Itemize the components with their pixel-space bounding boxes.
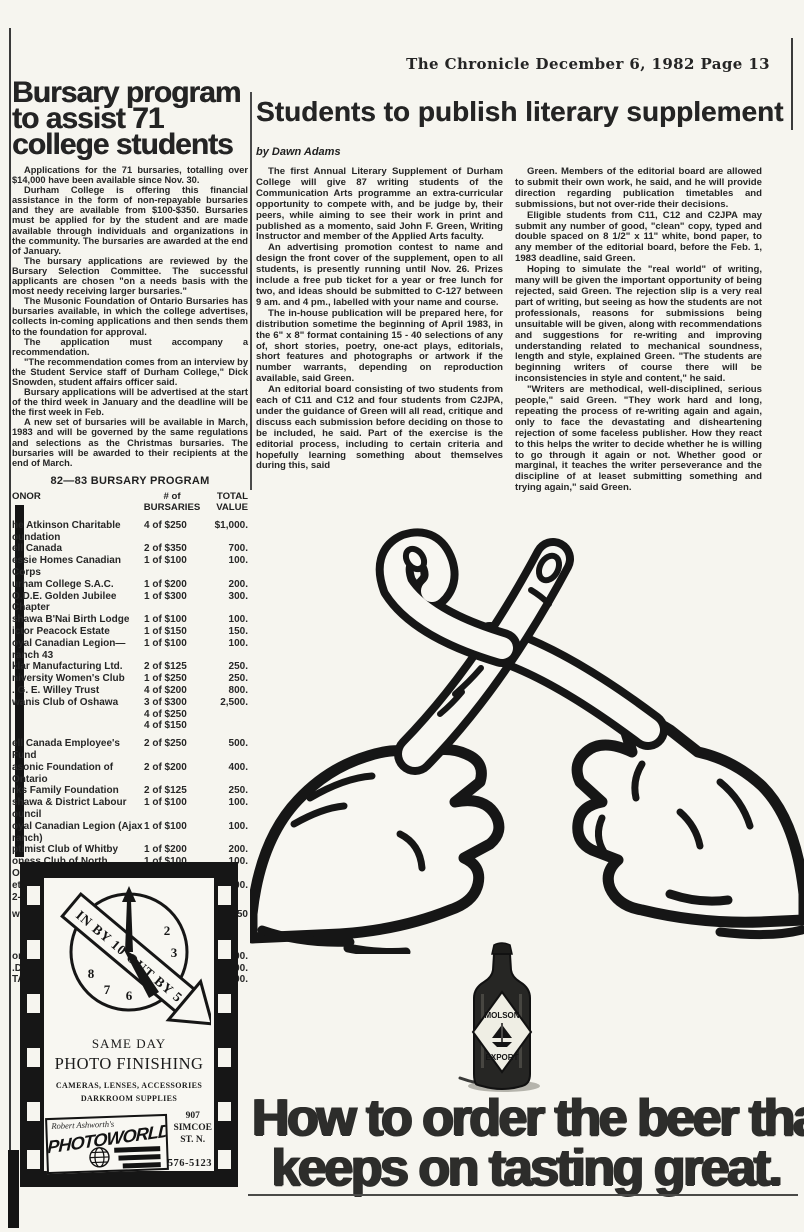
table-row: . G. E. Willey Trust4 of $200800. <box>12 685 248 697</box>
scan-edge-line <box>9 28 11 1156</box>
value-cell: 100. <box>206 821 248 845</box>
value-cell: 100. <box>206 614 248 626</box>
molson-export-bottle: MOLSON EXPORT <box>452 936 552 1096</box>
value-cell: 150. <box>206 626 248 638</box>
paragraph: The Musonic Foundation of Ontario Bursar… <box>12 296 248 336</box>
masthead: The Chronicle December 6, 1982 Page 13 <box>406 55 770 73</box>
bursaries-cell: 3 of $300 4 of $250 4 of $150 <box>144 697 206 732</box>
photoworld-logo-area: Robert Ashworth's PHOTOWORLD <box>44 1108 214 1171</box>
bursaries-cell: 2 of $125 <box>144 661 206 673</box>
value-cell: 400. <box>206 762 248 786</box>
bursaries-cell: 1 of $100 <box>144 614 206 626</box>
value-cell: 100. <box>206 555 248 579</box>
donor-cell: . G. E. Willey Trust <box>12 685 144 697</box>
value-cell: 300. <box>206 591 248 615</box>
bursaries-cell: 2 of $250 <box>144 738 206 762</box>
bursary-table-title: 82—83 BURSARY PROGRAM <box>12 475 248 487</box>
donor-cell: ptimist Club of Whitby <box>12 844 144 856</box>
table-header: ONOR # of BURSARIES TOTAL VALUE <box>12 491 248 513</box>
donor-cell: rks Family Foundation <box>12 785 144 797</box>
paragraph: The first Annual Literary Supplement of … <box>256 167 503 243</box>
bursaries-cell: 2 of $125 <box>144 785 206 797</box>
value-cell: 800. <box>206 685 248 697</box>
ad-content: 2 3 4 6 7 8 IN BY 10 OUT BY 5 <box>44 878 214 1171</box>
bursaries-cell: 1 of $150 <box>144 626 206 638</box>
paragraph: The bursary applications are reviewed by… <box>12 256 248 296</box>
donor-cell: he Atkinson Charitable oundation <box>12 520 144 544</box>
bursaries-cell: 1 of $100 <box>144 797 206 821</box>
svg-text:6: 6 <box>126 988 133 1003</box>
svg-text:2: 2 <box>164 923 171 938</box>
table-row: ictor Peacock Estate1 of $150150. <box>12 626 248 638</box>
value-cell: 500. <box>206 738 248 762</box>
bursaries-cell: 1 of $300 <box>144 591 206 615</box>
paragraph: A new set of bursaries will be available… <box>12 417 248 467</box>
table-row: oyal Canadian Legion (Ajax ranch)1 of $1… <box>12 821 248 845</box>
donor-cell: shawa & District Labour ouncil <box>12 797 144 821</box>
paragraph: Applications for the 71 bursaries, total… <box>12 165 248 185</box>
table-row: wanis Club of Oshawa3 of $300 4 of $250 … <box>12 697 248 732</box>
svg-text:8: 8 <box>88 966 95 981</box>
table-row: shawa & District Labour ouncil1 of $1001… <box>12 797 248 821</box>
article-column-1: The first Annual Literary Supplement of … <box>256 167 503 494</box>
clock-graphic: 2 3 4 6 7 8 IN BY 10 OUT BY 5 <box>47 878 211 1036</box>
paragraph: Bursary applications will be advertised … <box>12 387 248 417</box>
headline-line: college students <box>12 128 233 161</box>
paragraph: Hoping to simulate the "real world" of w… <box>515 265 762 385</box>
donor-cell: niversity Women's Club <box>12 673 144 685</box>
bursaries-cell: 2 of $350 <box>144 543 206 555</box>
donor-cell: wanis Club of Oshawa <box>12 697 144 732</box>
value-cell: 200. <box>206 579 248 591</box>
table-row: shawa B'Nai Birth Lodge1 of $100100. <box>12 614 248 626</box>
svg-text:3: 3 <box>171 945 178 960</box>
value-cell: 2,500. <box>206 697 248 732</box>
ad-line-darkroom: DARKROOM SUPPLIES <box>44 1094 214 1103</box>
table-row: ell Canada Employee's Fund2 of $250500. <box>12 738 248 762</box>
bursaries-cell: 4 of $200 <box>144 685 206 697</box>
ad-line-same-day: SAME DAY <box>44 1036 214 1052</box>
table-row: O.D.E. Golden Jubilee Chapter1 of $30030… <box>12 591 248 615</box>
value-cell: 700. <box>206 543 248 555</box>
byline: by Dawn Adams <box>256 146 798 158</box>
ad-line-photo-finishing: PHOTO FINISHING <box>44 1054 214 1074</box>
value-cell: 250. <box>206 673 248 685</box>
table-row: klar Manufacturing Ltd.2 of $125250. <box>12 661 248 673</box>
article-column-2: Green. Members of the editorial board ar… <box>515 167 762 494</box>
bursaries-cell: 1 of $100 <box>144 638 206 662</box>
bursaries-cell: 4 of $250 <box>144 520 206 544</box>
donor-cell: urham College S.A.C. <box>12 579 144 591</box>
photoworld-logo: Robert Ashworth's PHOTOWORLD <box>45 1114 169 1174</box>
bursaries-cell: 1 of $250 <box>144 673 206 685</box>
paragraph: An advertising promotion contest to name… <box>256 243 503 308</box>
paragraph: The in-house publication will be prepare… <box>256 309 503 385</box>
table-row: oyal Canadian Legion— ranch 431 of $1001… <box>12 638 248 662</box>
newspaper-page: The Chronicle December 6, 1982 Page 13 B… <box>0 0 804 1232</box>
table-row: niversity Women's Club1 of $250250. <box>12 673 248 685</box>
table-row: rks Family Foundation2 of $125250. <box>12 785 248 797</box>
bursaries-cell: 1 of $100 <box>144 555 206 579</box>
paragraph: Durham College is offering this financia… <box>12 185 248 256</box>
donor-cell: asonic Foundation of Ontario <box>12 762 144 786</box>
scan-artifact-bar <box>8 1150 19 1228</box>
bursary-headline: Bursary program to assist 71 college stu… <box>12 80 248 158</box>
paragraph: Green. Members of the editorial board ar… <box>515 167 762 211</box>
crossed-fingers-illustration <box>250 462 804 954</box>
table-row: essie Homes Canadian Corps1 of $100100. <box>12 555 248 579</box>
value-cell: 200. <box>206 844 248 856</box>
column-divider <box>250 92 252 490</box>
bottle-label-top: MOLSON <box>484 1011 519 1020</box>
photoworld-ad: 2 3 4 6 7 8 IN BY 10 OUT BY 5 <box>20 862 238 1187</box>
paragraph: "The recommendation comes from an interv… <box>12 357 248 387</box>
donor-cell: O.D.E. Golden Jubilee Chapter <box>12 591 144 615</box>
count-header: # of BURSARIES <box>140 491 204 513</box>
donor-cell: essie Homes Canadian Corps <box>12 555 144 579</box>
donor-cell: ell Canada <box>12 543 144 555</box>
bursaries-cell: 2 of $200 <box>144 762 206 786</box>
bottle-label-bottom: EXPORT <box>486 1053 519 1062</box>
table-row: ptimist Club of Whitby1 of $200200. <box>12 844 248 856</box>
paragraph: The application must accompany a recomme… <box>12 337 248 357</box>
literary-article: Students to publish literary supplement … <box>256 96 798 494</box>
donor-cell: ictor Peacock Estate <box>12 626 144 638</box>
value-cell: 250. <box>206 661 248 673</box>
value-header: TOTAL VALUE <box>204 491 248 513</box>
paragraph: Eligible students from C11, C12 and C2JP… <box>515 211 762 266</box>
table-row: urham College S.A.C.1 of $200200. <box>12 579 248 591</box>
bursaries-cell: 1 of $200 <box>144 579 206 591</box>
table-row: he Atkinson Charitable oundation4 of $25… <box>12 520 248 544</box>
svg-text:7: 7 <box>104 982 111 997</box>
bursary-article: Bursary program to assist 71 college stu… <box>12 80 248 986</box>
value-cell: 100. <box>206 797 248 821</box>
donor-cell: oyal Canadian Legion (Ajax ranch) <box>12 821 144 845</box>
horizontal-rule <box>248 1194 798 1196</box>
table-row: asonic Foundation of Ontario2 of $200400… <box>12 762 248 786</box>
donor-header: ONOR <box>12 491 140 513</box>
donor-cell: klar Manufacturing Ltd. <box>12 661 144 673</box>
bursaries-cell: 1 of $100 <box>144 821 206 845</box>
donor-cell: shawa B'Nai Birth Lodge <box>12 614 144 626</box>
globe-icon <box>86 1146 113 1169</box>
paragraph: An editorial board consisting of two stu… <box>256 385 503 472</box>
table-row: ell Canada2 of $350700. <box>12 543 248 555</box>
value-cell: 250. <box>206 785 248 797</box>
donor-cell: ell Canada Employee's Fund <box>12 738 144 762</box>
beer-headline-line2: keeps on tasting great. <box>248 1138 804 1198</box>
donor-cell: oyal Canadian Legion— ranch 43 <box>12 638 144 662</box>
literary-headline: Students to publish literary supplement <box>256 96 798 128</box>
phone-number: 576-5123 <box>168 1158 212 1169</box>
bursaries-cell: 1 of $200 <box>144 844 206 856</box>
bursary-body: Applications for the 71 bursaries, total… <box>12 165 248 468</box>
value-cell: 100. <box>206 638 248 662</box>
value-cell: $1,000. <box>206 520 248 544</box>
ad-line-cameras: CAMERAS, LENSES, ACCESSORIES <box>44 1081 214 1090</box>
address: 907 SIMCOE ST. N. <box>173 1110 212 1146</box>
